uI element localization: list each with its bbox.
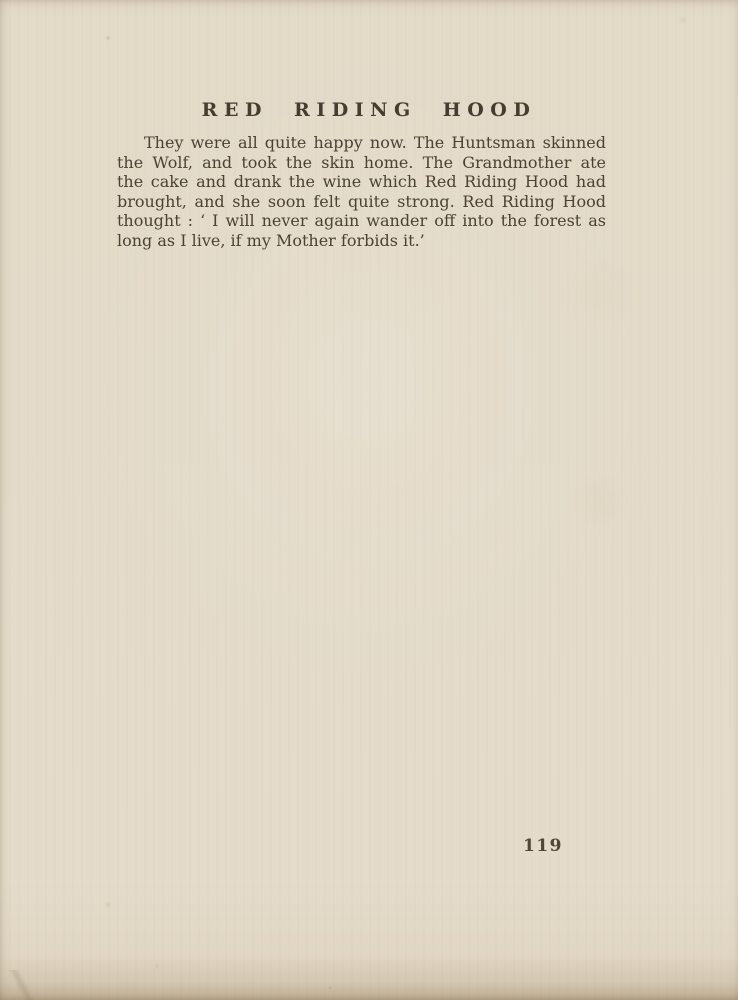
book-page: RED RIDING HOOD They were all quite happ… <box>0 0 738 1000</box>
paragraph-line: the cake and drank the wine which Red Ri… <box>117 172 606 192</box>
chapter-title: RED RIDING HOOD <box>0 99 738 121</box>
paragraph-line: They were all quite happy now. The Hunts… <box>117 133 606 153</box>
paragraph-line: long as I live, if my Mother forbids it.… <box>117 231 606 251</box>
corner-crease <box>0 970 46 1000</box>
paragraph-line: thought : ‘ I will never again wander of… <box>117 211 606 231</box>
paragraph-line: the Wolf, and took the skin home. The Gr… <box>117 153 606 173</box>
page-number: 119 <box>498 836 588 856</box>
story-paragraph: They were all quite happy now. The Hunts… <box>117 133 606 250</box>
paragraph-line: brought, and she soon felt quite strong.… <box>117 192 606 212</box>
